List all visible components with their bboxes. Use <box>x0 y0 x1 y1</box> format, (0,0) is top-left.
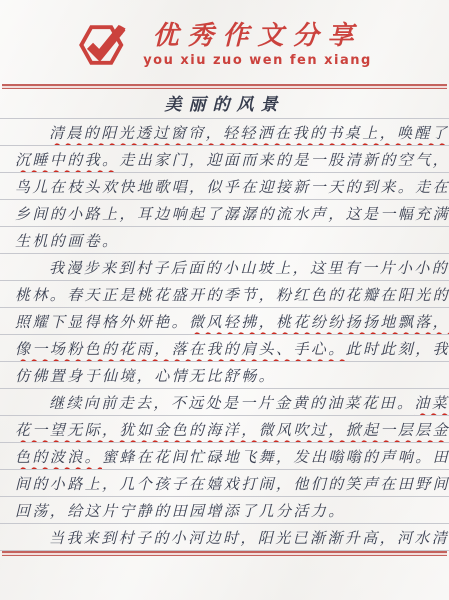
essay-line: 我漫步来到村子后面的小山坡上，这里有一片小小的 <box>0 254 449 281</box>
essay-text: 走出家门，迎面而来的是一股清新的空气， <box>119 151 449 169</box>
essay-line: 照耀下显得格外妍艳。微风轻拂，桃花纷纷扬扬地飘落， <box>0 308 449 335</box>
highlighted-text: 花一望无际，犹如金色的海洋，微风吹过，掀起一层层金 <box>15 421 449 439</box>
header: 优秀作文分享 you xiu zuo wen fen xiang <box>0 0 449 84</box>
essay-text: 照耀下显得格外妍艳。 <box>15 313 189 331</box>
essay: 美丽的风景 清晨的阳光透过窗帘，轻轻洒在我的书桌上，唤醒了沉睡中的我。走出家门，… <box>0 89 449 551</box>
essay-text: 蜜蜂在花间忙碌地飞舞，发出嗡嗡的声响。田 <box>102 448 449 466</box>
essay-line: 生机的画卷。 <box>0 227 449 254</box>
essay-text: 生机的画卷。 <box>15 232 119 250</box>
highlighted-text: 清晨的阳光透过窗帘，轻轻洒在我的书桌上，唤醒了 <box>49 124 449 142</box>
essay-line: 桃林。春天正是桃花盛开的季节，粉红色的花瓣在阳光的 <box>0 281 449 308</box>
brand-text: 优秀作文分享 you xiu zuo wen fen xiang <box>143 22 372 68</box>
essay-text: 我漫步来到村子后面的小山坡上，这里有一片小小的 <box>49 259 449 277</box>
essay-line: 仿佛置身于仙境，心情无比舒畅。 <box>0 362 449 389</box>
paper-page: 优秀作文分享 you xiu zuo wen fen xiang 美丽的风景 清… <box>0 0 449 600</box>
essay-line: 鸟儿在枝头欢快地歌唱，似乎在迎接新一天的到来。走在 <box>0 173 449 200</box>
brand-title: 优秀作文分享 <box>152 22 362 51</box>
essay-text: 继续向前走去，不远处是一片金黄的油菜花田。 <box>49 394 414 412</box>
essay-line: 当我来到村子的小河边时，阳光已渐渐升高，河水清 <box>0 524 449 551</box>
essay-line: 回荡，给这片宁静的田园增添了几分活力。 <box>0 497 449 524</box>
essay-line: 花一望无际，犹如金色的海洋，微风吹过，掀起一层层金 <box>0 416 449 443</box>
brand-pinyin: you xiu zuo wen fen xiang <box>143 53 372 68</box>
highlighted-text: 微风轻拂，桃花纷纷扬扬地飘落， <box>189 313 449 331</box>
essay-line: 清晨的阳光透过窗帘，轻轻洒在我的书桌上，唤醒了 <box>0 119 449 146</box>
essay-line: 间的小路上，几个孩子在嬉戏打闹，他们的笑声在田野间 <box>0 470 449 497</box>
essay-line: 像一场粉色的花雨，落在我的肩头、手心。此时此刻，我 <box>0 335 449 362</box>
essay-lines: 清晨的阳光透过窗帘，轻轻洒在我的书桌上，唤醒了沉睡中的我。走出家门，迎面而来的是… <box>0 119 449 551</box>
highlighted-text: 色的波浪。 <box>15 448 102 466</box>
essay-text: 此时此刻，我 <box>346 340 449 358</box>
essay-line: 色的波浪。蜜蜂在花间忙碌地飞舞，发出嗡嗡的声响。田 <box>0 443 449 470</box>
essay-line: 乡间的小路上，耳边响起了潺潺的流水声，这是一幅充满 <box>0 200 449 227</box>
highlighted-text: 油菜 <box>414 394 449 412</box>
highlighted-text: 像一场粉色的花雨，落在我的肩头、手心。 <box>15 340 346 358</box>
essay-text: 鸟儿在枝头欢快地歌唱，似乎在迎接新一天的到来。走在 <box>15 178 449 196</box>
essay-text: 间的小路上，几个孩子在嬉戏打闹，他们的笑声在田野间 <box>15 475 449 493</box>
highlighted-text: 沉睡中的我。 <box>15 151 119 169</box>
essay-text: 乡间的小路上，耳边响起了潺潺的流水声，这是一幅充满 <box>15 205 449 223</box>
essay-text: 仿佛置身于仙境，心情无比舒畅。 <box>15 367 276 385</box>
essay-title: 美丽的风景 <box>165 95 285 115</box>
essay-title-row: 美丽的风景 <box>0 89 449 119</box>
essay-text: 桃林。春天正是桃花盛开的季节，粉红色的花瓣在阳光的 <box>15 286 449 304</box>
essay-text: 回荡，给这片宁静的田园增添了几分活力。 <box>15 502 346 520</box>
essay-line: 沉睡中的我。走出家门，迎面而来的是一股清新的空气， <box>0 146 449 173</box>
essay-line: 继续向前走去，不远处是一片金黄的油菜花田。油菜 <box>0 389 449 416</box>
hexagon-checkmark-icon <box>77 19 129 71</box>
essay-text: 当我来到村子的小河边时，阳光已渐渐升高，河水清 <box>49 529 449 547</box>
footer-blank-area <box>0 556 449 600</box>
